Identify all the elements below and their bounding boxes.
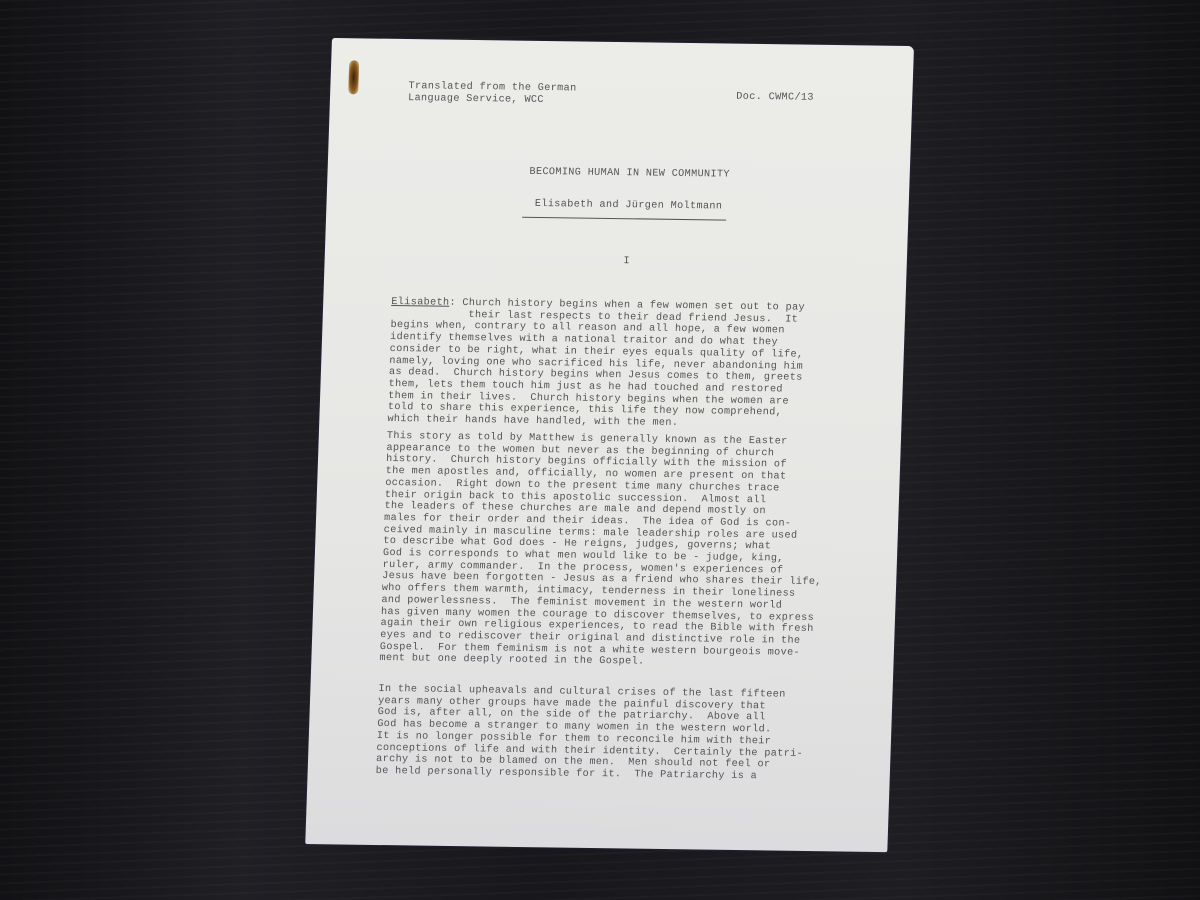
document-title: BECOMING HUMAN IN NEW COMMUNITY xyxy=(327,164,909,183)
paragraph-3: In the social upheavals and cultural cri… xyxy=(375,684,868,784)
typed-document: Translated from the German Language Serv… xyxy=(305,38,914,852)
title-rule xyxy=(522,217,726,221)
paragraph-2: This story as told by Matthew is general… xyxy=(379,431,877,672)
document-authors: Elisabeth and Jürgen Moltmann xyxy=(326,196,908,215)
header-line-2: Language Service, WCC xyxy=(408,93,576,107)
document-number: Doc. CWMC/13 xyxy=(736,92,814,104)
paragraph-1: Elisabeth: Church history begins when a … xyxy=(387,297,881,433)
speaker-label: Elisabeth xyxy=(391,297,450,309)
translation-note: Translated from the German Language Serv… xyxy=(408,81,577,107)
section-number: I xyxy=(325,252,907,271)
document-page: Translated from the German Language Serv… xyxy=(305,38,914,852)
